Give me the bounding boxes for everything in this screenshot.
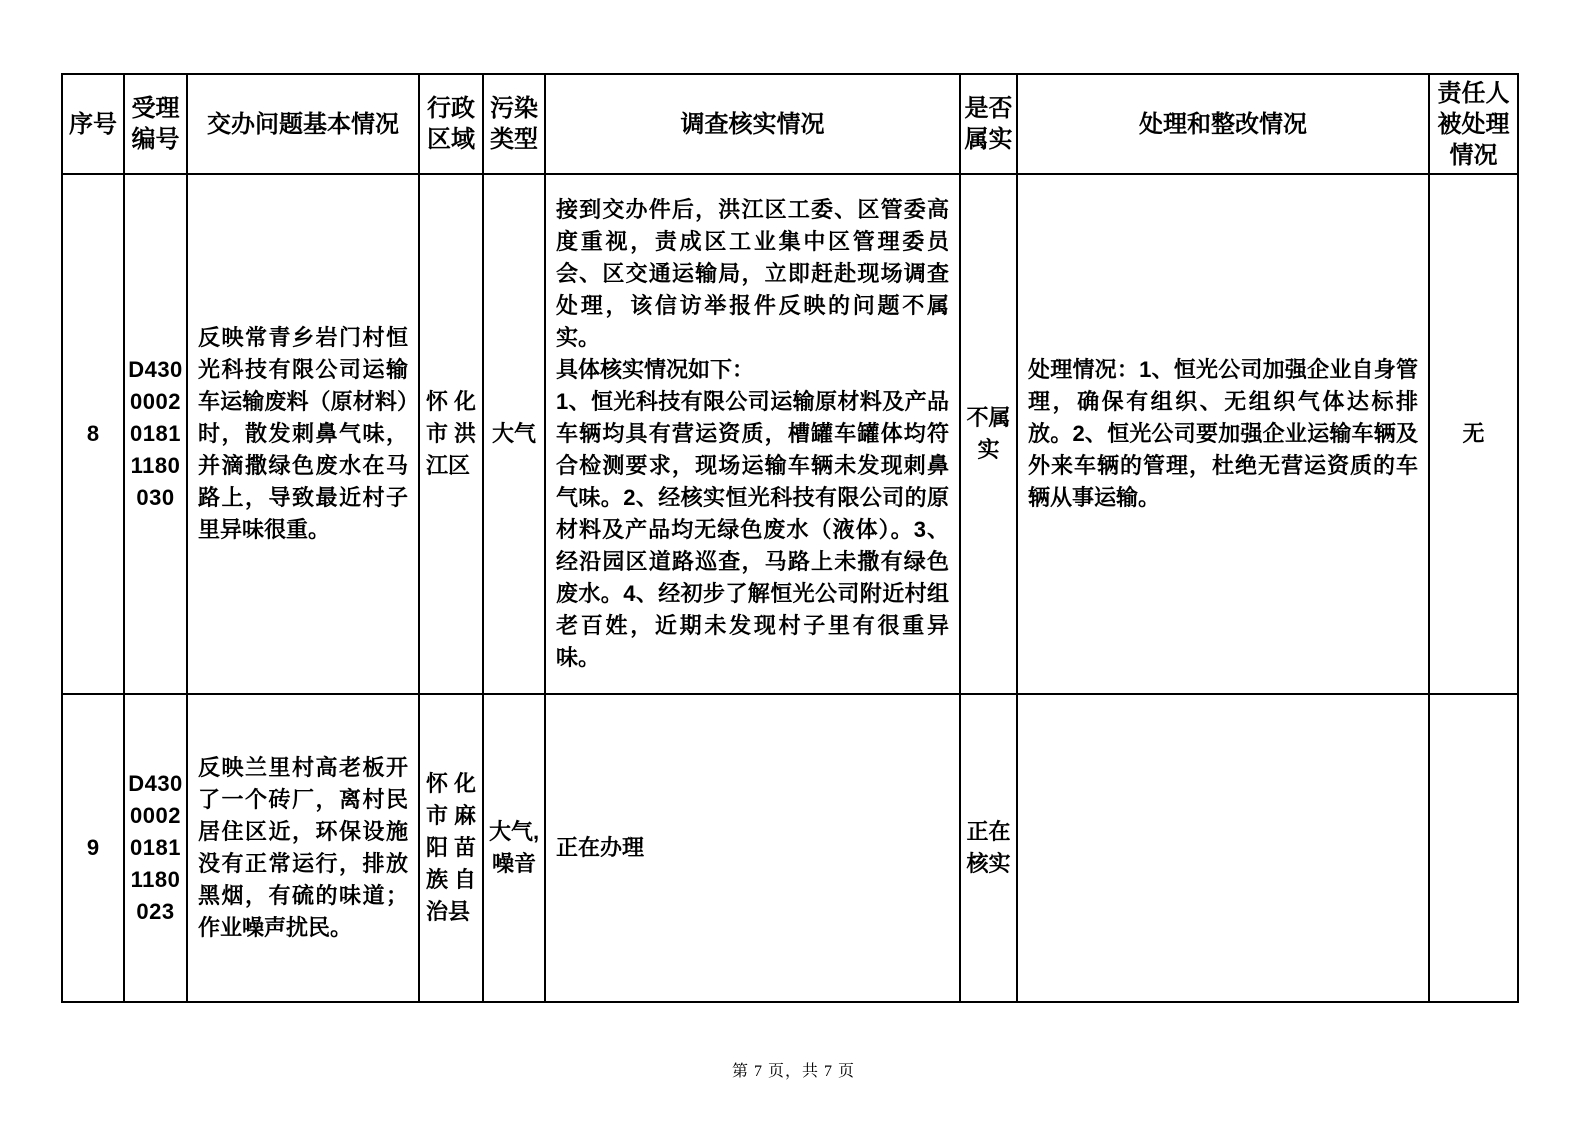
responsible-cell bbox=[1429, 694, 1518, 1002]
pollution-type-cell: 大气, 噪音 bbox=[483, 694, 545, 1002]
handling-cell bbox=[1017, 694, 1429, 1002]
col-header-problem: 交办问题基本情况 bbox=[187, 74, 419, 174]
col-header-responsible: 责任人 被处理 情况 bbox=[1429, 74, 1518, 174]
case-number-cell: D430 0002 0181 1180 023 bbox=[124, 694, 187, 1002]
table-row-8: 8 D430 0002 0181 1180 030 反映常青乡岩门村恒光科技有限… bbox=[62, 174, 1518, 694]
document-page: 序号 受理 编号 交办问题基本情况 行政 区域 污染 类型 调查核实情况 是否 … bbox=[0, 0, 1587, 1122]
col-header-investigation: 调查核实情况 bbox=[545, 74, 960, 174]
col-header-seq: 序号 bbox=[62, 74, 124, 174]
col-header-region: 行政 区域 bbox=[419, 74, 483, 174]
seq-cell: 9 bbox=[62, 694, 124, 1002]
complaints-table: 序号 受理 编号 交办问题基本情况 行政 区域 污染 类型 调查核实情况 是否 … bbox=[61, 73, 1519, 1003]
problem-cell: 反映兰里村高老板开了一个砖厂，离村民居住区近，环保设施没有正常运行，排放黑烟，有… bbox=[187, 694, 419, 1002]
pollution-type-cell: 大气 bbox=[483, 174, 545, 694]
col-header-handling: 处理和整改情况 bbox=[1017, 74, 1429, 174]
verified-cell: 不属实 bbox=[960, 174, 1017, 694]
responsible-cell: 无 bbox=[1429, 174, 1518, 694]
col-header-case-number: 受理 编号 bbox=[124, 74, 187, 174]
problem-cell: 反映常青乡岩门村恒光科技有限公司运输车运输废料（原材料）时，散发刺鼻气味，并滴撒… bbox=[187, 174, 419, 694]
region-cell: 怀化市麻阳苗族自治县 bbox=[419, 694, 483, 1002]
table-row-9: 9 D430 0002 0181 1180 023 反映兰里村高老板开了一个砖厂… bbox=[62, 694, 1518, 1002]
page-number: 第 7 页，共 7 页 bbox=[0, 1058, 1587, 1081]
handling-prefix: 处理情况： bbox=[1028, 357, 1139, 382]
case-number-cell: D430 0002 0181 1180 030 bbox=[124, 174, 187, 694]
handling-cell: 处理情况：1、恒光公司加强企业自身管理，确保有组织、无组织气体达标排放。2、恒光… bbox=[1017, 174, 1429, 694]
investigation-cell: 接到交办件后，洪江区工委、区管委高度重视，责成区工业集中区管理委员会、区交通运输… bbox=[545, 174, 960, 694]
region-cell: 怀化市洪江区 bbox=[419, 174, 483, 694]
header-row: 序号 受理 编号 交办问题基本情况 行政 区域 污染 类型 调查核实情况 是否 … bbox=[62, 74, 1518, 174]
verified-cell: 正在核实 bbox=[960, 694, 1017, 1002]
seq-cell: 8 bbox=[62, 174, 124, 694]
col-header-verified: 是否 属实 bbox=[960, 74, 1017, 174]
investigation-cell: 正在办理 bbox=[545, 694, 960, 1002]
col-header-pollution-type: 污染 类型 bbox=[483, 74, 545, 174]
